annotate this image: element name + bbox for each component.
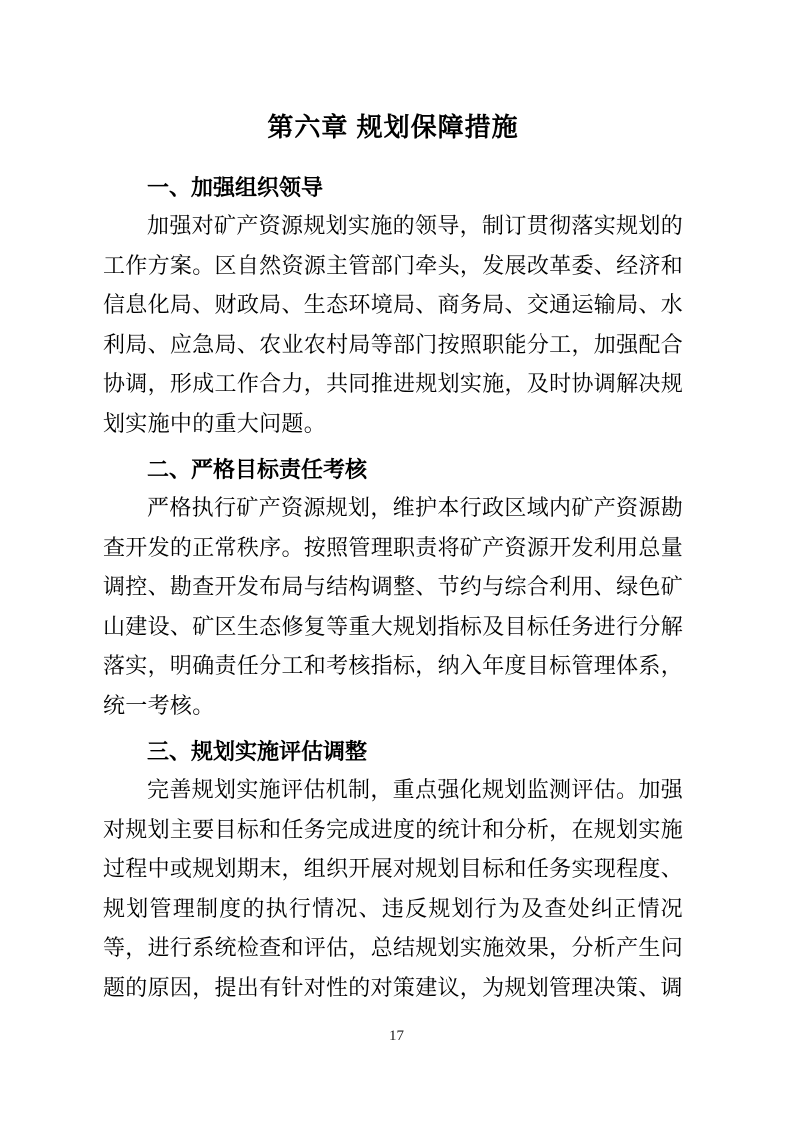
section-heading-1: 一、加强组织领导 bbox=[103, 170, 683, 206]
section-paragraph-1: 加强对矿产资源规划实施的领导，制订贯彻落实规划的工作方案。区自然资源主管部门牵头… bbox=[103, 206, 683, 443]
section-heading-2: 二、严格目标责任考核 bbox=[103, 452, 683, 488]
page-number: 17 bbox=[0, 1028, 793, 1045]
section-target-responsibility: 二、严格目标责任考核 严格执行矿产资源规划，维护本行政区域内矿产资源勘查开发的正… bbox=[103, 452, 683, 725]
section-heading-3: 三、规划实施评估调整 bbox=[103, 734, 683, 770]
section-paragraph-3: 完善规划实施评估机制，重点强化规划监测评估。加强对规划主要目标和任务完成进度的统… bbox=[103, 770, 683, 1007]
chapter-title: 第六章 规划保障措施 bbox=[103, 108, 683, 146]
section-organization-leadership: 一、加强组织领导 加强对矿产资源规划实施的领导，制订贯彻落实规划的工作方案。区自… bbox=[103, 170, 683, 443]
section-evaluation-adjustment: 三、规划实施评估调整 完善规划实施评估机制，重点强化规划监测评估。加强对规划主要… bbox=[103, 734, 683, 1007]
document-content: 第六章 规划保障措施 一、加强组织领导 加强对矿产资源规划实施的领导，制订贯彻落… bbox=[103, 108, 683, 1007]
document-page: 第六章 规划保障措施 一、加强组织领导 加强对矿产资源规划实施的领导，制订贯彻落… bbox=[0, 0, 793, 1122]
section-paragraph-2: 严格执行矿产资源规划，维护本行政区域内矿产资源勘查开发的正常秩序。按照管理职责将… bbox=[103, 488, 683, 725]
